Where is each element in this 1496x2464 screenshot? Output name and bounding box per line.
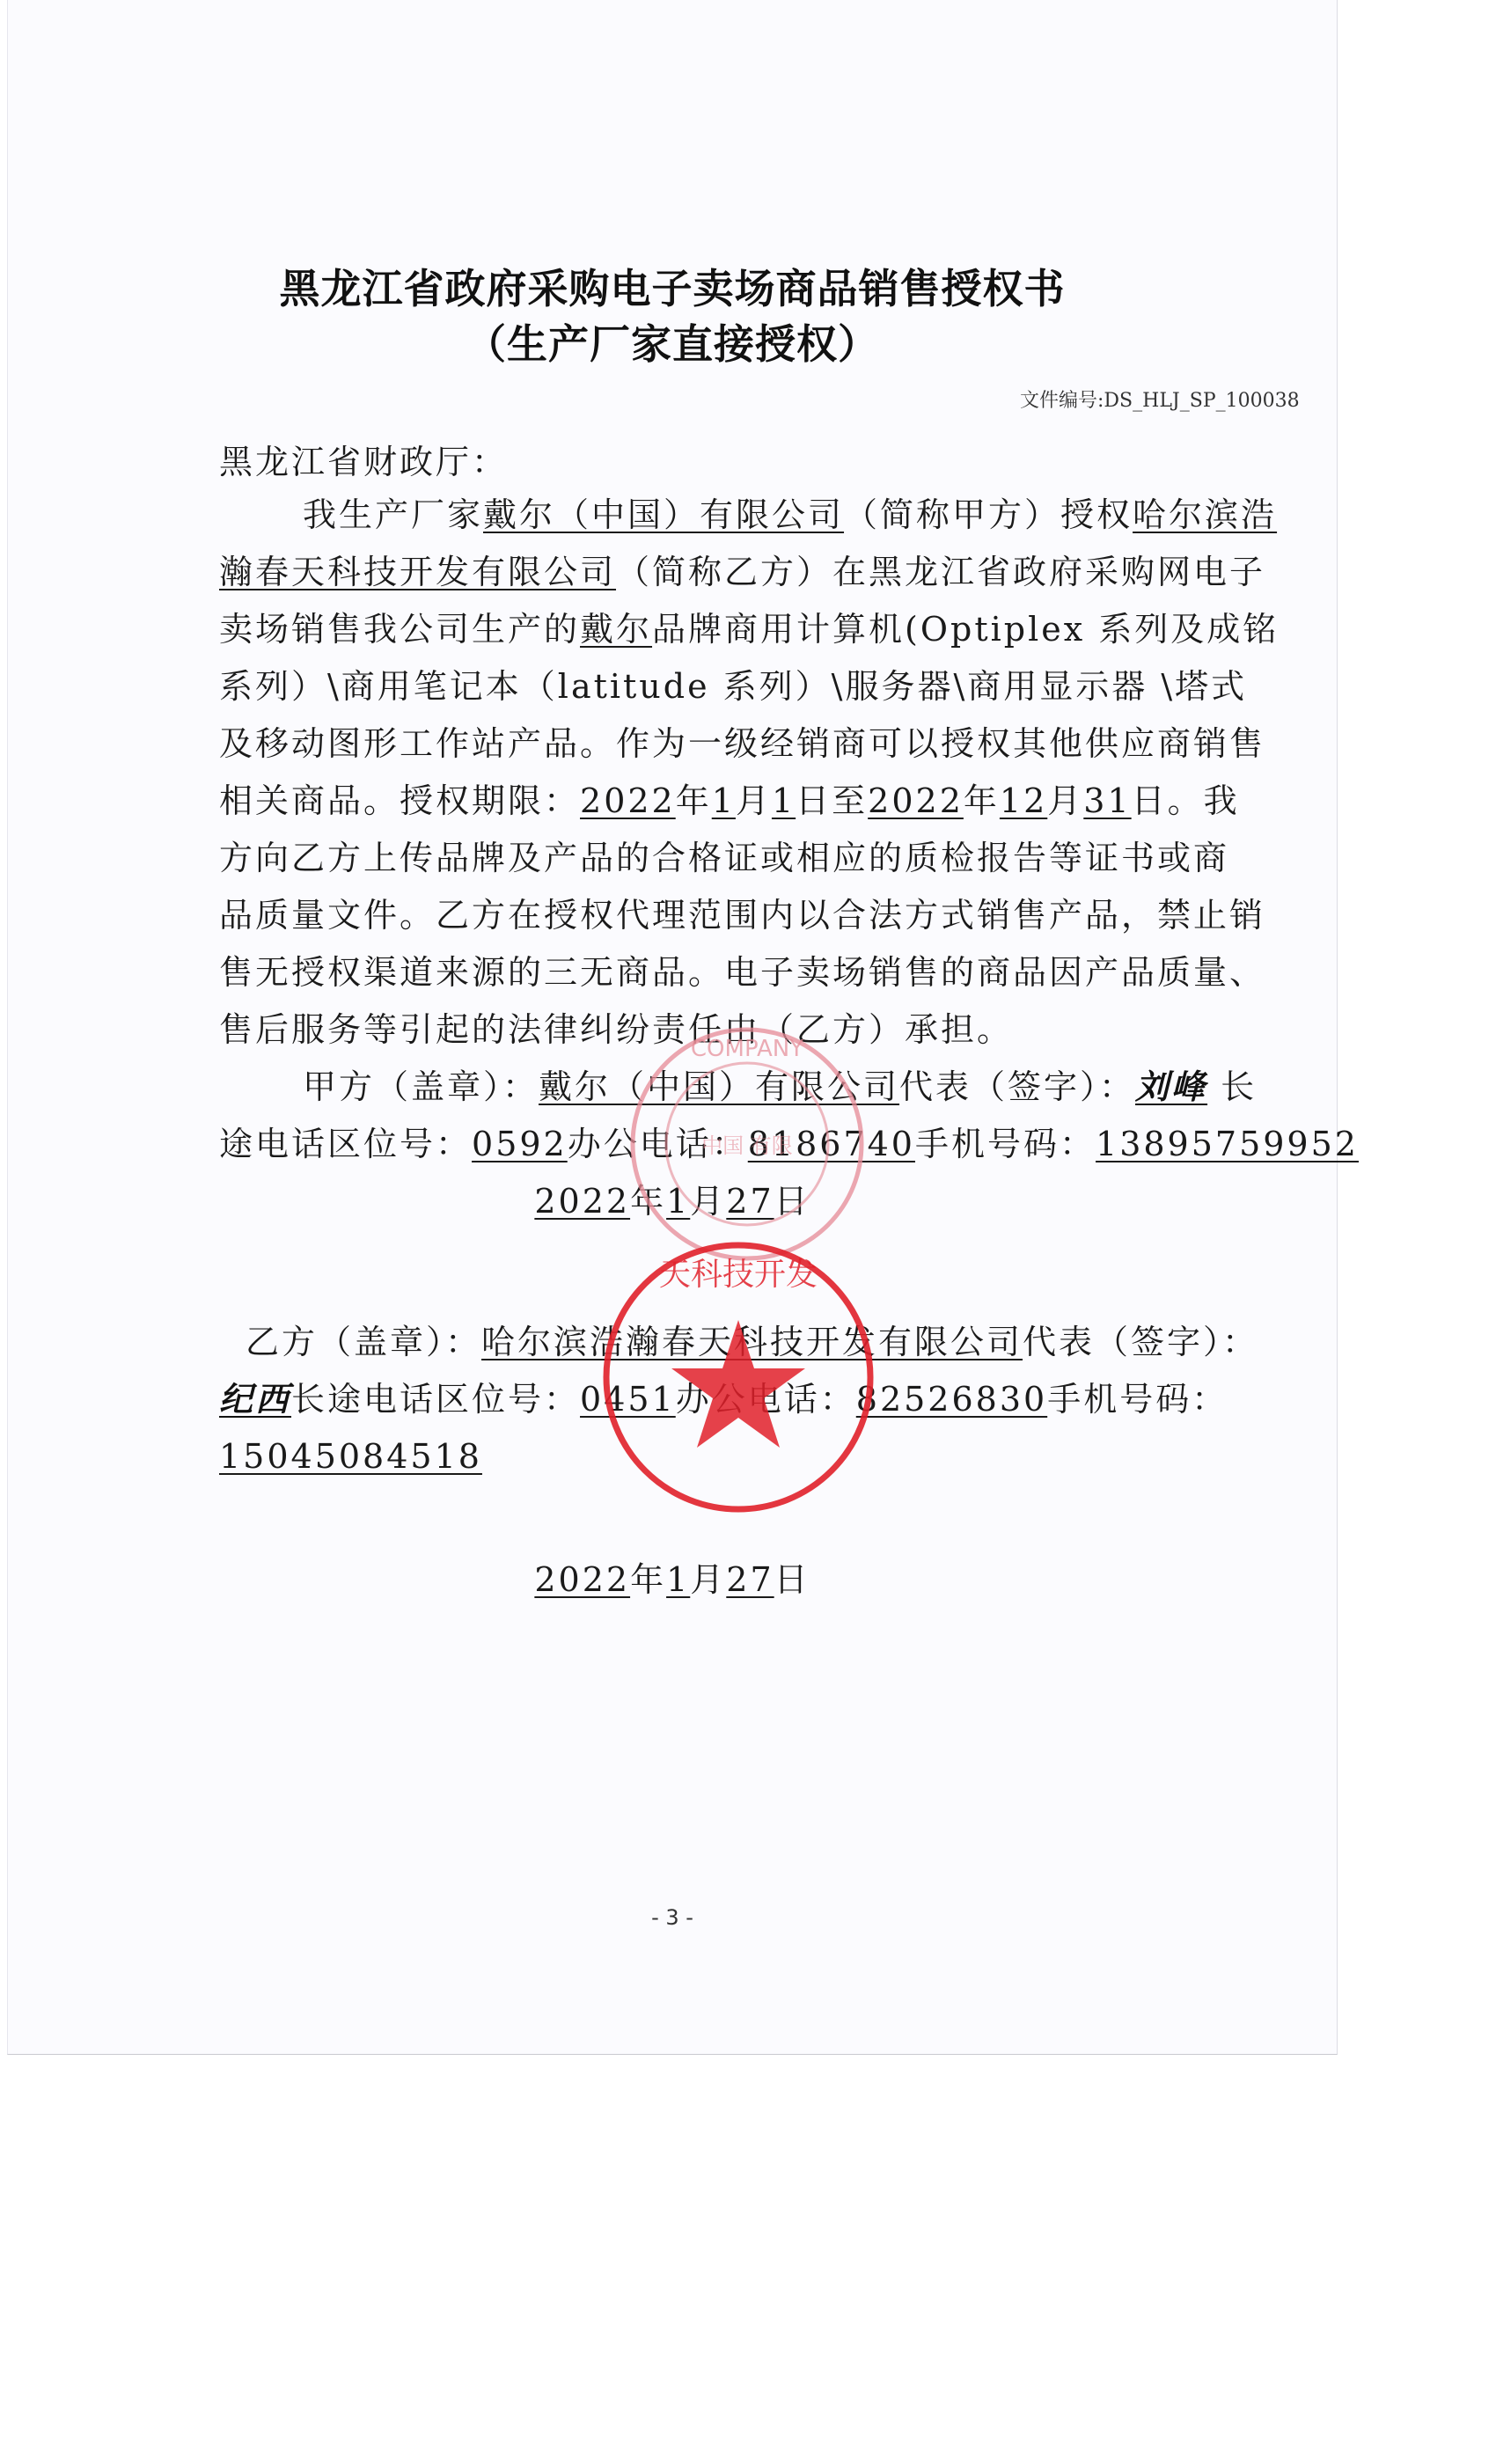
- start-month: 1: [712, 781, 736, 820]
- party-a-area-code: 0592: [472, 1125, 568, 1163]
- page-number: - 3 -: [8, 1905, 1337, 1930]
- svg-text:天科技开发: 天科技开发: [659, 1257, 818, 1293]
- party-b-mobile: 15045084518: [219, 1437, 482, 1476]
- body-line-6: 相关商品。授权期限：2022年1月1日至2022年12月31日。我: [219, 779, 1354, 823]
- party-b-signature: 纪西: [219, 1379, 291, 1419]
- distributor-name-part1: 哈尔滨浩: [1133, 495, 1277, 534]
- document-number-value: DS_HLJ_SP_100038: [1104, 390, 1299, 412]
- distributor-name-part2: 瀚春天科技开发有限公司: [219, 553, 616, 591]
- start-day: 1: [772, 781, 796, 820]
- party-a-mobile: 13895759952: [1096, 1125, 1359, 1163]
- document-title: 黑龙江省政府采购电子卖场商品销售授权书: [8, 257, 1337, 315]
- party-b-date: 2022年1月27日: [8, 1558, 1337, 1602]
- body-line-7: 方向乙方上传品牌及产品的合格证或相应的质检报告等证书或商: [219, 836, 1354, 880]
- body-line-1: 我生产厂家戴尔（中国）有限公司（简称甲方）授权哈尔滨浩: [303, 493, 1438, 537]
- party-a-line-1: 甲方（盖章）：戴尔（中国）有限公司代表（签字）：刘峰 长: [303, 1065, 1438, 1109]
- party-b-office-phone: 82526830: [856, 1380, 1047, 1419]
- party-a-signature: 刘峰: [1135, 1067, 1207, 1106]
- party-a-date: 2022年1月27日: [8, 1179, 1337, 1223]
- end-year: 2022: [868, 781, 964, 820]
- party-a-office-phone: 8186740: [748, 1125, 915, 1163]
- party-b-area-code: 0451: [580, 1380, 676, 1419]
- end-month: 12: [1000, 781, 1047, 820]
- end-day: 31: [1083, 781, 1131, 820]
- addressee: 黑龙江省财政厅：: [219, 440, 1354, 484]
- body-line-8: 品质量文件。乙方在授权代理范围内以合法方式销售产品，禁止销: [219, 893, 1354, 937]
- party-a-company: 戴尔（中国）有限公司: [539, 1067, 899, 1106]
- party-b-company: 哈尔滨浩瀚春天科技开发有限公司: [481, 1323, 1023, 1361]
- body-line-10: 售后服务等引起的法律纠纷责任由（乙方）承担。: [219, 1008, 1354, 1052]
- start-year: 2022: [580, 781, 676, 820]
- body-line-9: 售无授权渠道来源的三无商品。电子卖场销售的商品因产品质量、: [219, 950, 1354, 994]
- party-b-line-1: 乙方（盖章）：哈尔滨浩瀚春天科技开发有限公司代表（签字）：: [246, 1320, 1381, 1364]
- document-number-label: 文件编号:: [1020, 390, 1104, 412]
- party-b-line-2: 纪西长途电话区位号：0451办公电话：82526830手机号码：: [219, 1377, 1354, 1421]
- manufacturer-name: 戴尔（中国）有限公司: [483, 495, 844, 534]
- brand-name: 戴尔: [580, 610, 652, 649]
- body-line-3: 卖场销售我公司生产的戴尔品牌商用计算机(Optiplex 系列及成铭: [219, 607, 1354, 651]
- party-b-line-3: 15045084518: [219, 1434, 1354, 1478]
- body-line-2: 瀚春天科技开发有限公司（简称乙方）在黑龙江省政府采购网电子: [219, 550, 1354, 594]
- document-number: 文件编号:DS_HLJ_SP_100038: [1020, 385, 1300, 413]
- body-line-5: 及移动图形工作站产品。作为一级经销商可以授权其他供应商销售: [219, 722, 1354, 766]
- body-line-4: 系列）\商用笔记本（latitude 系列）\服务器\商用显示器 \塔式: [219, 664, 1354, 708]
- scanned-page: 黑龙江省政府采购电子卖场商品销售授权书 （生产厂家直接授权） 文件编号:DS_H…: [7, 0, 1338, 2055]
- party-a-line-2: 途电话区位号：0592办公电话：8186740手机号码：13895759952: [219, 1122, 1354, 1166]
- document-subtitle: （生产厂家直接授权）: [8, 312, 1337, 370]
